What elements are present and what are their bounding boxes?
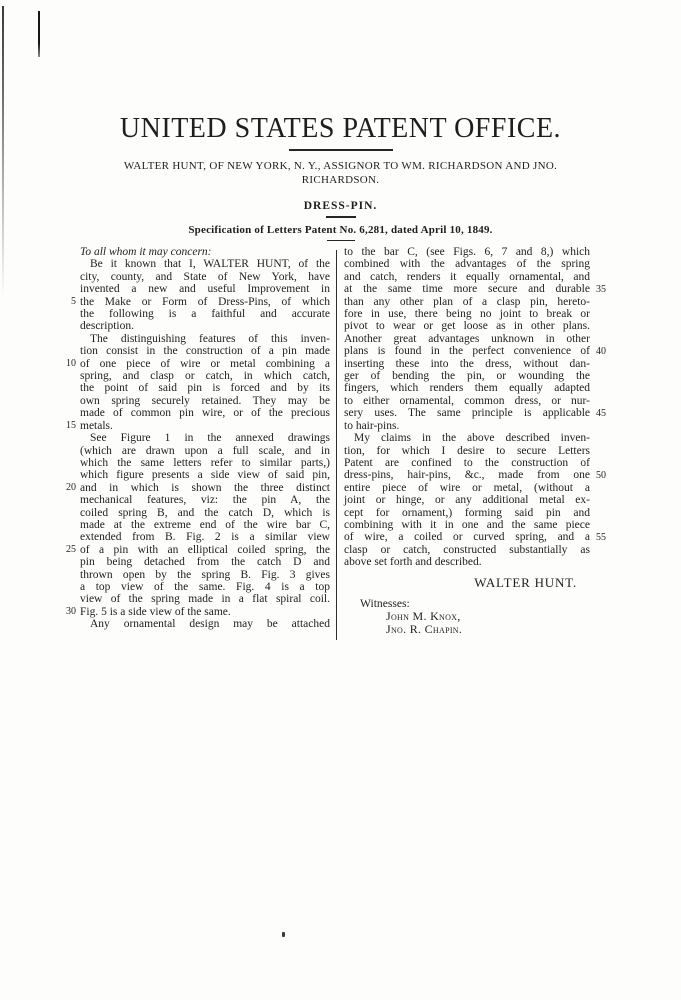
line-text: to either ornamental, common dress, or n…: [344, 395, 590, 407]
body-line: tion, for which I desire to secure Lette…: [344, 445, 590, 457]
body-line: pin being detached from the catch D and: [80, 556, 330, 568]
line-text: of a pin with an elliptical coiled sprin…: [80, 544, 330, 556]
witnesses-label: Witnesses:: [360, 597, 590, 610]
assignor-line: WALTER HUNT, OF NEW YORK, N. Y., ASSIGNO…: [0, 159, 681, 173]
line-text: cept for ornament,) forming said pin and: [344, 507, 590, 519]
line-text: pin being detached from the catch D and: [80, 556, 330, 568]
body-line: 10 of one piece of wire or metal combini…: [80, 358, 330, 370]
body-line: cept for ornament,) forming said pin and: [344, 507, 590, 519]
line-text: The distinguishing features of this inve…: [80, 333, 330, 345]
line-text: fore in use, there being no joint to bre…: [344, 308, 590, 320]
line-text: entire piece of wire or metal, (without …: [344, 482, 590, 494]
body-line: (which are drawn upon a full scale, and …: [80, 445, 330, 457]
body-line: entire piece of wire or metal, (without …: [344, 482, 590, 494]
assignor-line-continued: RICHARDSON.: [0, 173, 681, 187]
body-line: Any ornamental design may be attached: [80, 618, 330, 630]
masthead: UNITED STATES PATENT OFFICE. WALTER HUNT…: [0, 114, 681, 241]
line-text: metals.: [80, 420, 330, 432]
line-text: of one piece of wire or metal combining …: [80, 358, 330, 370]
line-text: joint or hinge, or any additional metal …: [344, 494, 590, 506]
line-text: city, county, and State of New York, hav…: [80, 271, 330, 283]
body-line: to hair-pins.: [344, 420, 590, 432]
body-line: pivot to wear or get loose as in other p…: [344, 320, 590, 332]
line-text: at the same time more secure and durable: [344, 283, 590, 295]
body-line: than any other plan of a clasp pin, here…: [344, 296, 590, 308]
line-text: Any ornamental design may be attached: [80, 618, 330, 630]
line-text: clasp or catch, constructed substantiall…: [344, 544, 590, 556]
body-line: ger of bending the pin, or wounding the: [344, 370, 590, 382]
body-line: own spring securely retained. They may b…: [80, 395, 330, 407]
body-line: 45 sery uses. The same principle is appl…: [344, 407, 590, 419]
line-number: 10: [54, 358, 76, 370]
title-rule: [289, 149, 393, 151]
line-text: tion consist in the construction of a pi…: [80, 345, 330, 357]
body-line: and catch, renders it equally ornamental…: [344, 271, 590, 283]
body-line: clasp or catch, constructed substantiall…: [344, 544, 590, 556]
line-text: and catch, renders it equally ornamental…: [344, 271, 590, 283]
line-text: the point of said pin is forced and by i…: [80, 382, 330, 394]
body-line: the point of said pin is forced and by i…: [80, 382, 330, 394]
line-text: My claims in the above described inven-: [344, 432, 590, 444]
body-line: 40 plans is found in the perfect conveni…: [344, 345, 590, 357]
body-line: 35 at the same time more secure and dura…: [344, 283, 590, 295]
line-text: of wire, a coiled or curved spring, and …: [344, 531, 590, 543]
line-text: Another great advantages unknown in othe…: [344, 333, 590, 345]
line-text: ger of bending the pin, or wounding the: [344, 370, 590, 382]
line-text: pivot to wear or get loose as in other p…: [344, 320, 590, 332]
line-text: mechanical features, viz: the pin A, the: [80, 494, 330, 506]
body-line: Be it known that I, WALTER HUNT, of the: [80, 258, 330, 270]
line-number: 50: [596, 470, 620, 482]
body-line: Patent are confined to the construction …: [344, 457, 590, 469]
body-line: joint or hinge, or any additional metal …: [344, 494, 590, 506]
line-text: made at the extreme end of the wire bar …: [80, 519, 330, 531]
inventor-signature: WALTER HUNT.: [344, 575, 590, 590]
line-text: sery uses. The same principle is applica…: [344, 407, 590, 419]
line-text: combining with it in one and the same pi…: [344, 519, 590, 531]
patent-page: { "colors": { "paper": "#fdfdfc", "ink":…: [0, 0, 681, 1000]
column-divider-rule: [336, 250, 337, 640]
line-number: 35: [596, 284, 620, 296]
body-line: combining with it in one and the same pi…: [344, 519, 590, 531]
line-text: fingers, which renders them equally adap…: [344, 382, 590, 394]
body-line: made at the extreme end of the wire bar …: [80, 519, 330, 531]
body-line: 20 and in which is shown the three disti…: [80, 482, 330, 494]
body-line: 50 dress-pins, hair-pins, &c., made from…: [344, 469, 590, 481]
body-line: Another great advantages unknown in othe…: [344, 333, 590, 345]
body-line: My claims in the above described inven-: [344, 432, 590, 444]
line-text: own spring securely retained. They may b…: [80, 395, 330, 407]
line-text: a top view of the same. Fig. 4 is a top: [80, 581, 330, 593]
line-text: combined with the advantages of the spri…: [344, 258, 590, 270]
line-number: 20: [54, 482, 76, 494]
body-line: 15 metals.: [80, 420, 330, 432]
body-line: a top view of the same. Fig. 4 is a top: [80, 581, 330, 593]
body-line: spring, and clasp or catch, in which cat…: [80, 370, 330, 382]
line-number: 40: [596, 346, 620, 358]
body-line: fore in use, there being no joint to bre…: [344, 308, 590, 320]
body-line: fingers, which renders them equally adap…: [344, 382, 590, 394]
line-text: to the bar C, (see Figs. 6, 7 and 8,) wh…: [344, 246, 590, 258]
line-text: the following is a faithful and accurate: [80, 308, 330, 320]
body-line: combined with the advantages of the spri…: [344, 258, 590, 270]
line-number: 30: [54, 606, 76, 618]
body-line: 30 Fig. 5 is a side view of the same.: [80, 606, 330, 618]
body-line: above set forth and described.: [344, 556, 590, 568]
line-number: 5: [54, 296, 76, 308]
line-text: description.: [80, 320, 330, 332]
column-left: To all whom it may concern: Be it known …: [80, 246, 330, 631]
body-line: view of the spring made in a flat spiral…: [80, 593, 330, 605]
line-text: tion, for which I desire to secure Lette…: [344, 445, 590, 457]
body-line: to the bar C, (see Figs. 6, 7 and 8,) wh…: [344, 246, 590, 258]
body-line: thrown open by the spring B. Fig. 3 give…: [80, 569, 330, 581]
body-line: which the same letters refer to similar …: [80, 457, 330, 469]
line-text: See Figure 1 in the annexed drawings: [80, 432, 330, 444]
line-text: and in which is shown the three distinct: [80, 482, 330, 494]
right-column-lines: to the bar C, (see Figs. 6, 7 and 8,) wh…: [344, 246, 590, 569]
line-number: 15: [54, 420, 76, 432]
body-line: inserting these into the dress, without …: [344, 358, 590, 370]
specification-line: Specification of Letters Patent No. 6,28…: [0, 224, 681, 236]
body-line: 5 the Make or Form of Dress-Pins, of whi…: [80, 296, 330, 308]
body-line: 55 of wire, a coiled or curved spring, a…: [344, 531, 590, 543]
line-text: spring, and clasp or catch, in which cat…: [80, 370, 330, 382]
body-line: coiled spring B, and the catch D, which …: [80, 507, 330, 519]
line-text: thrown open by the spring B. Fig. 3 give…: [80, 569, 330, 581]
body-line: city, county, and State of New York, hav…: [80, 271, 330, 283]
line-text: plans is found in the perfect convenienc…: [344, 345, 590, 357]
body-line: The distinguishing features of this inve…: [80, 333, 330, 345]
line-text: view of the spring made in a flat spiral…: [80, 593, 330, 605]
body-line: invented a new and useful Improvement in: [80, 283, 330, 295]
body-line: which figure presents a side view of sai…: [80, 469, 330, 481]
page-title: UNITED STATES PATENT OFFICE.: [0, 114, 681, 144]
body-line: tion consist in the construction of a pi…: [80, 345, 330, 357]
line-text: made of common pin wire, or of the preci…: [80, 407, 330, 419]
line-text: extended from B. Fig. 2 is a similar vie…: [80, 531, 330, 543]
line-number: 25: [54, 544, 76, 556]
line-text: invented a new and useful Improvement in: [80, 283, 330, 295]
witness-name: John M. Knox,: [386, 610, 590, 623]
scan-artifact-top-mark: [38, 11, 40, 57]
body-line: extended from B. Fig. 2 is a similar vie…: [80, 531, 330, 543]
body-line: See Figure 1 in the annexed drawings: [80, 432, 330, 444]
body-line: To all whom it may concern:: [80, 246, 330, 258]
line-text: Be it known that I, WALTER HUNT, of the: [80, 258, 330, 270]
line-text: To all whom it may concern:: [80, 246, 330, 258]
body-line: to either ornamental, common dress, or n…: [344, 395, 590, 407]
invention-rule: [326, 216, 356, 218]
line-text: which figure presents a side view of sai…: [80, 469, 330, 481]
column-right: to the bar C, (see Figs. 6, 7 and 8,) wh…: [344, 246, 590, 636]
body-line: 25 of a pin with an elliptical coiled sp…: [80, 544, 330, 556]
invention-title: DRESS-PIN.: [0, 200, 681, 212]
scan-artifact-speck: [282, 932, 285, 937]
body-line: made of common pin wire, or of the preci…: [80, 407, 330, 419]
specification-rule: [327, 240, 355, 242]
line-text: the Make or Form of Dress-Pins, of which: [80, 296, 330, 308]
line-text: which the same letters refer to similar …: [80, 457, 330, 469]
line-text: inserting these into the dress, without …: [344, 358, 590, 370]
line-number: 45: [596, 408, 620, 420]
line-number: 55: [596, 532, 620, 544]
line-text: than any other plan of a clasp pin, here…: [344, 296, 590, 308]
witness-name: Jno. R. Chapin.: [386, 623, 590, 636]
line-text: to hair-pins.: [344, 420, 590, 432]
line-text: dress-pins, hair-pins, &c., made from on…: [344, 469, 590, 481]
body-line: the following is a faithful and accurate: [80, 308, 330, 320]
line-text: Fig. 5 is a side view of the same.: [80, 606, 330, 618]
line-text: above set forth and described.: [344, 556, 590, 568]
line-text: Patent are confined to the construction …: [344, 457, 590, 469]
body-line: description.: [80, 320, 330, 332]
line-text: coiled spring B, and the catch D, which …: [80, 507, 330, 519]
body-line: mechanical features, viz: the pin A, the: [80, 494, 330, 506]
line-text: (which are drawn upon a full scale, and …: [80, 445, 330, 457]
